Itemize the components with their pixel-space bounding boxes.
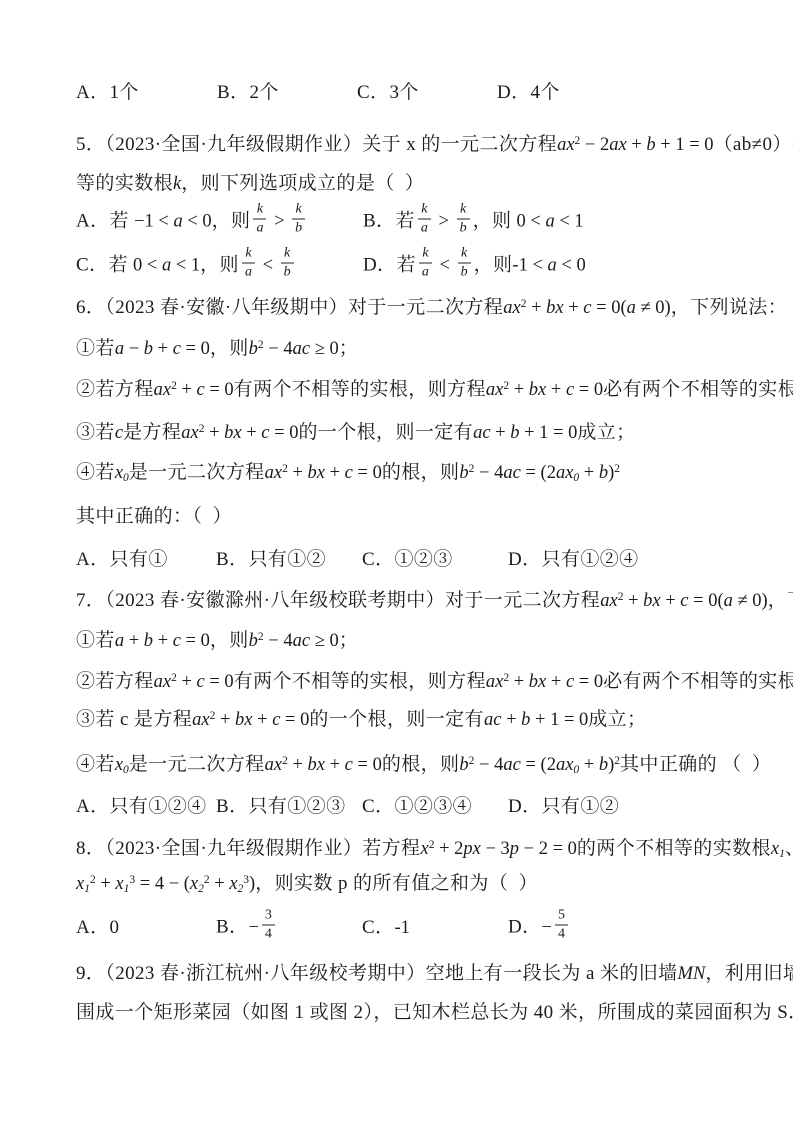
document-page: A．1个B．2个C．3个D．4个5．（2023·全国·九年级假期作业）关于 x … <box>0 0 793 1122</box>
q5-option-d: D．若ka < kb，则-1 < a < 0 <box>363 250 586 283</box>
q7-option-d: D．只有①② <box>508 795 619 819</box>
q7-stem-text: 7．（2023 春·安徽滁州·八年级校联考期中）对于一元二次方程ax2 + bx… <box>76 589 793 613</box>
q7-statement-1: ①若a + b + c = 0，则b2 − 4ac ≥ 0； <box>76 629 358 653</box>
q6-item-1: ①若a − b + c = 0，则b2 − 4ac ≥ 0； <box>0 336 793 362</box>
q7-item-1: ①若a + b + c = 0，则b2 − 4ac ≥ 0； <box>0 628 793 654</box>
q5-options-row-cd: C．若 0 < a < 1，则ka < kbD．若ka < kb，则-1 < a… <box>0 242 793 290</box>
q5-options-row-ab: A．若 −1 < a < 0，则ka > kbB．若ka > kb，则 0 < … <box>0 198 793 246</box>
q5-option-b: B．若ka > kb，则 0 < a < 1 <box>363 206 584 239</box>
q7-option-c: C．①②③④ <box>362 795 472 819</box>
q6-item-4: ④若x0是一元二次方程ax2 + bx + c = 0的根，则b2 − 4ac … <box>0 459 793 487</box>
q6-option-d: D．只有①②④ <box>508 548 639 572</box>
q6-item-3: ③若c是方程ax2 + bx + c = 0的一个根，则一定有ac + b + … <box>0 420 793 446</box>
q5-stem-line-2: 等的实数根k，则下列选项成立的是（ ） <box>0 171 793 197</box>
top-options-row: A．1个B．2个C．3个D．4个 <box>0 80 793 106</box>
q6-options-row: A．只有①B．只有①②C．①②③D．只有①②④ <box>0 547 793 573</box>
q9-stem-line-1: 9．（2023 春·浙江杭州·八年级校考期中）空地上有一段长为 a 米的旧墙MN… <box>0 961 793 987</box>
q6-option-b: B．只有①② <box>216 548 326 572</box>
q7-statement-4: ④若x0是一元二次方程ax2 + bx + c = 0的根，则b2 − 4ac … <box>76 753 771 777</box>
q9-stem-line-2: 围成一个矩形菜园（如图 1 或图 2），已知木栏总长为 40 米，所围成的菜园面… <box>0 1000 793 1026</box>
q8-stem-line-1: 8．（2023·全国·九年级假期作业）若方程x2 + 2px − 3p − 2 … <box>0 836 793 862</box>
q6-option-c: C．①②③ <box>362 548 453 572</box>
q5-stem: 5．（2023·全国·九年级假期作业）关于 x 的一元二次方程ax2 − 2ax… <box>76 133 793 157</box>
q9-stem: 9．（2023 春·浙江杭州·八年级校考期中）空地上有一段长为 a 米的旧墙MN… <box>76 962 793 986</box>
q6-item-2: ②若方程ax2 + c = 0有两个不相等的实根，则方程ax2 + bx + c… <box>0 377 793 403</box>
q6-stem: 6．（2023 春·安徽·八年级期中）对于一元二次方程ax2 + bx + c … <box>0 295 793 321</box>
option-b: B．2个 <box>217 81 279 105</box>
q6-stem-text: 6．（2023 春·安徽·八年级期中）对于一元二次方程ax2 + bx + c … <box>76 296 787 320</box>
q8-options-row: A．0B．−34C．-1D．−54 <box>0 903 793 953</box>
q7-item-3: ③若 c 是方程ax2 + bx + c = 0的一个根，则一定有ac + b … <box>0 707 793 733</box>
q6-prompt: 其中正确的：（ ） <box>0 504 793 530</box>
q7-option-b: B．只有①②③ <box>216 795 345 819</box>
option-c: C．3个 <box>357 81 419 105</box>
q7-statement-2: ②若方程ax2 + c = 0有两个不相等的实根，则方程ax2 + bx + c… <box>76 670 793 694</box>
q6-statement-1: ①若a − b + c = 0，则b2 − 4ac ≥ 0； <box>76 337 358 361</box>
q8-stem-line-2: x12 + x13 = 4 − (x22 + x23)，则实数 p 的所有值之和… <box>0 870 793 898</box>
q6-option-a: A．只有① <box>76 548 168 572</box>
q5-option-a: A．若 −1 < a < 0，则ka > kb <box>76 206 308 239</box>
q6-prompt-text: 其中正确的：（ ） <box>76 505 232 529</box>
q7-statement-3: ③若 c 是方程ax2 + bx + c = 0的一个根，则一定有ac + b … <box>76 708 646 732</box>
q5-option-c: C．若 0 < a < 1，则ka < kb <box>76 250 297 283</box>
option-a: A．1个 <box>76 81 139 105</box>
q5-stem-line-1: 5．（2023·全国·九年级假期作业）关于 x 的一元二次方程ax2 − 2ax… <box>0 132 793 158</box>
q5-stem-cont: 等的实数根k，则下列选项成立的是（ ） <box>76 172 424 196</box>
q8-option-a: A．0 <box>76 916 119 940</box>
q6-statement-2: ②若方程ax2 + c = 0有两个不相等的实根，则方程ax2 + bx + c… <box>76 378 793 402</box>
q7-item-4: ④若x0是一元二次方程ax2 + bx + c = 0的根，则b2 − 4ac … <box>0 751 793 779</box>
q7-item-2: ②若方程ax2 + c = 0有两个不相等的实根，则方程ax2 + bx + c… <box>0 669 793 695</box>
q8-option-d: D．−54 <box>508 912 571 945</box>
q8-option-c: C．-1 <box>362 916 410 940</box>
q7-options-row: A．只有①②④B．只有①②③C．①②③④D．只有①② <box>0 794 793 820</box>
q8-option-b: B．−34 <box>216 912 278 945</box>
q7-option-a: A．只有①②④ <box>76 795 207 819</box>
q7-stem: 7．（2023 春·安徽滁州·八年级校联考期中）对于一元二次方程ax2 + bx… <box>0 588 793 614</box>
q6-statement-3: ③若c是方程ax2 + bx + c = 0的一个根，则一定有ac + b + … <box>76 421 636 445</box>
q6-statement-4: ④若x0是一元二次方程ax2 + bx + c = 0的根，则b2 − 4ac … <box>76 461 620 485</box>
q8-stem-cont: x12 + x13 = 4 − (x22 + x23)，则实数 p 的所有值之和… <box>76 872 538 896</box>
q9-stem-cont: 围成一个矩形菜园（如图 1 或图 2），已知木栏总长为 40 米，所围成的菜园面… <box>76 1001 793 1025</box>
option-d: D．4个 <box>497 81 560 105</box>
q8-stem: 8．（2023·全国·九年级假期作业）若方程x2 + 2px − 3p − 2 … <box>76 837 793 861</box>
